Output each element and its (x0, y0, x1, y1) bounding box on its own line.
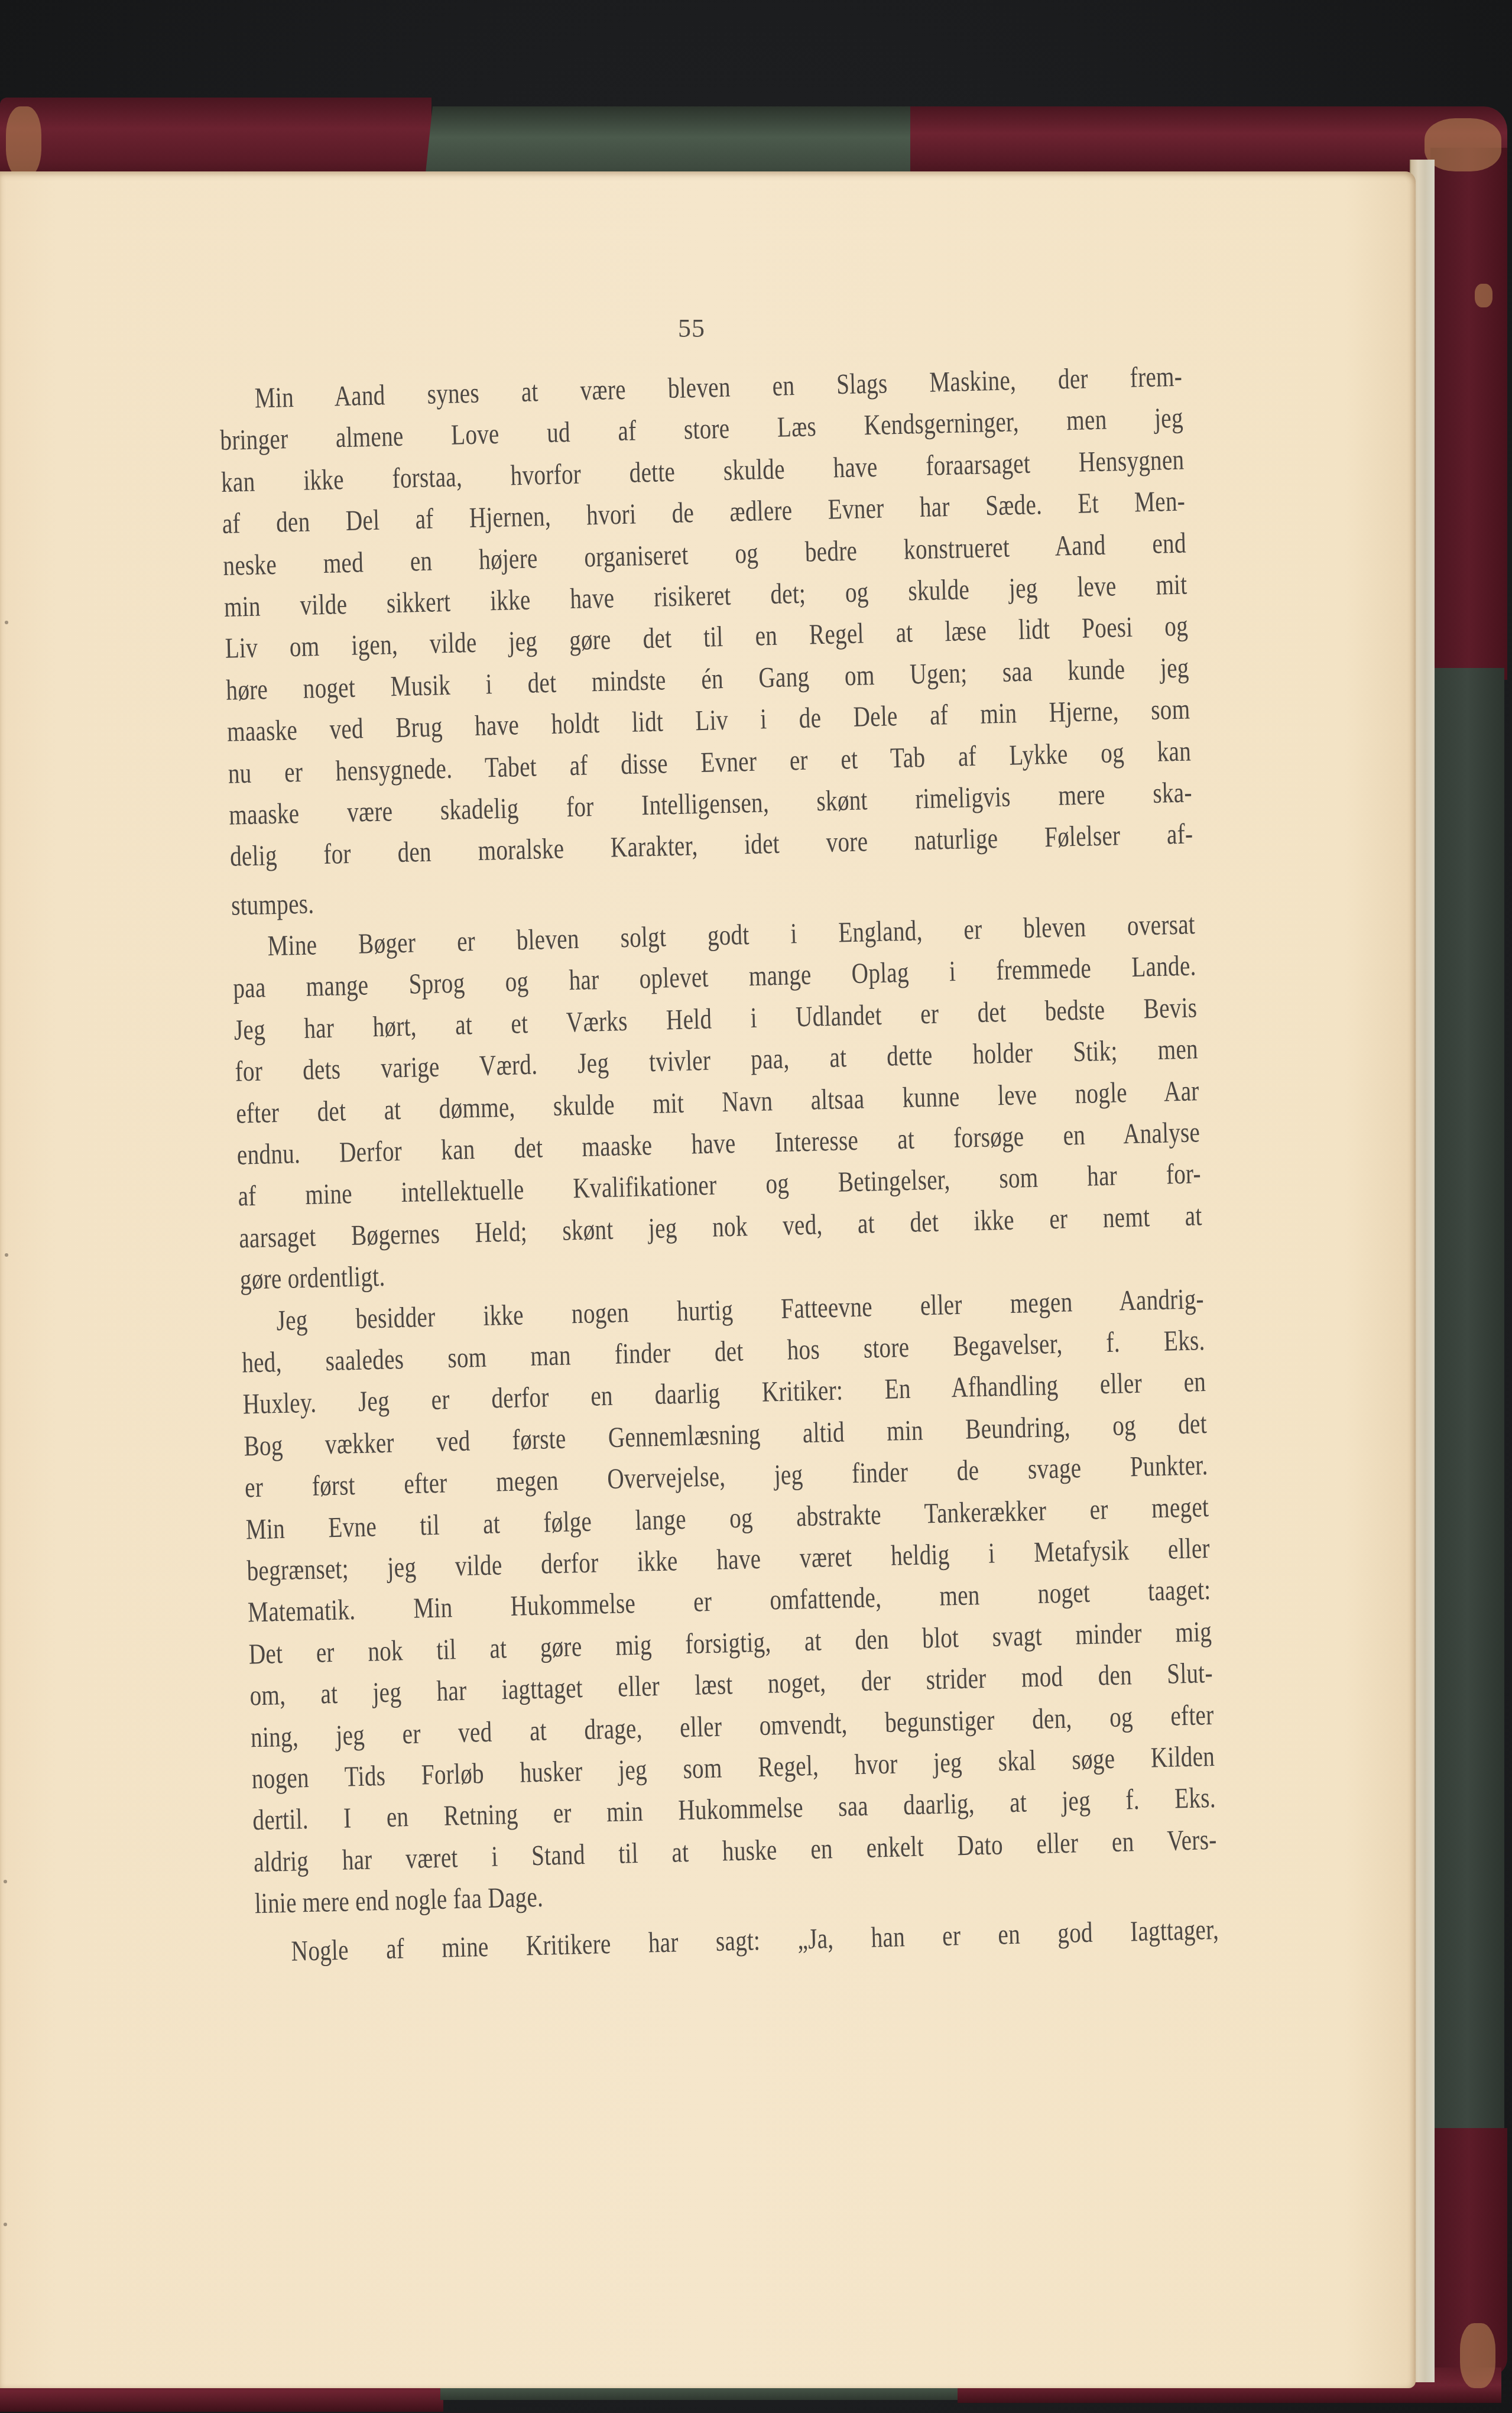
paper-speck (5, 621, 8, 624)
cover-wear-mark (6, 106, 41, 177)
cover-leather-corner-top-right (1430, 148, 1507, 680)
paper-speck (5, 1253, 8, 1257)
paper-speck (4, 2223, 7, 2226)
cover-cloth-right (1430, 668, 1504, 2134)
page-number: 55 (668, 313, 715, 343)
cover-wear-mark (1460, 2323, 1495, 2388)
paragraph: Mine Bøger er bleven solgt godt i Englan… (232, 903, 1203, 1300)
cover-wear-mark (1475, 284, 1492, 307)
paragraph: Min Aand synes at være bleven en Slags M… (219, 356, 1195, 926)
paragraph: Jeg besidder ikke nogen hurtig Fatteevne… (241, 1278, 1218, 1925)
paper-speck (4, 1880, 7, 1883)
body-text: Min Aand synes at være bleven en Slags M… (219, 356, 1219, 1973)
cover-wear-mark (1425, 118, 1501, 171)
